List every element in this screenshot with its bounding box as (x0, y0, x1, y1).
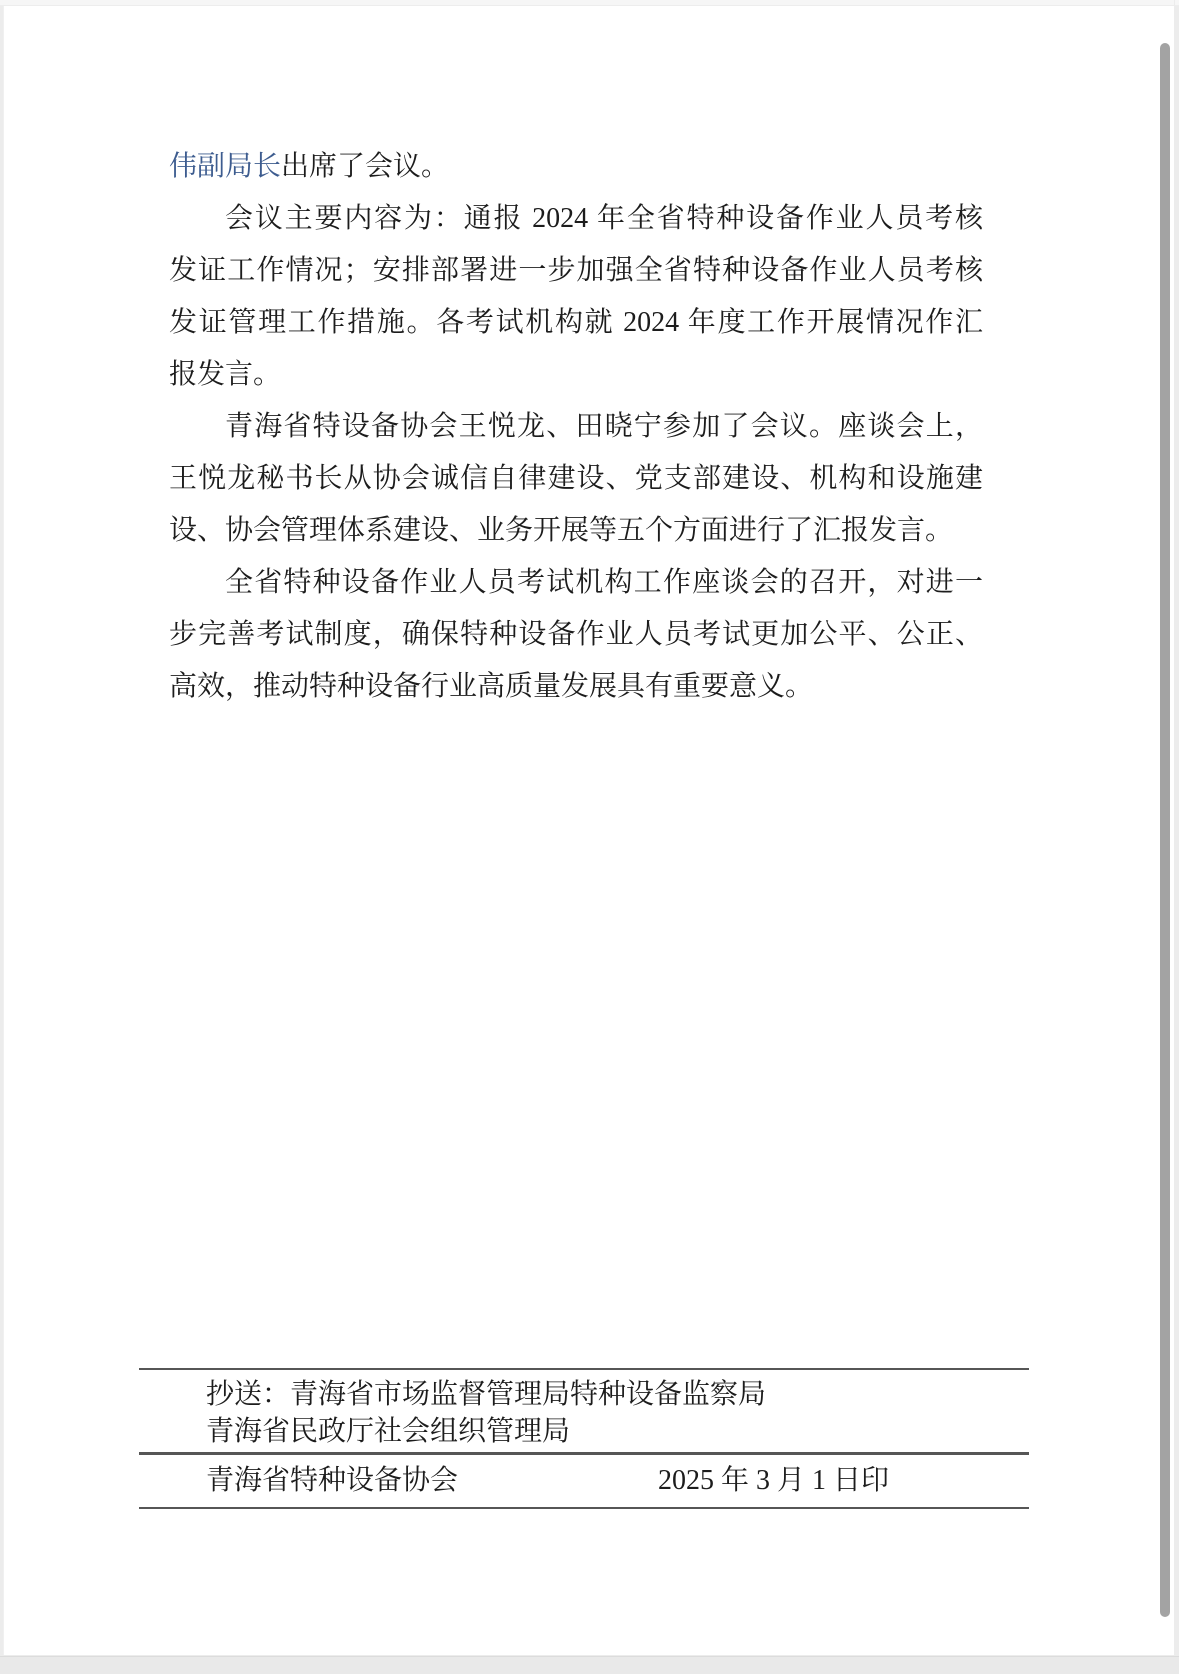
cc-line-2: 青海省民政厅社会组织管理局 (206, 1415, 570, 1449)
document-body: 伟副局长出席了会议。会议主要内容为：通报 2024 年全省特种设备作业人员考核发… (169, 141, 983, 713)
cc-line-1: 抄送：青海省市场监督管理局特种设备监察局 (206, 1378, 766, 1412)
footer-rule-bottom (139, 1507, 1029, 1509)
text-line: 全省特种设备作业人员考试机构工作座谈会的召开，对进一 (169, 557, 983, 609)
body-text-segment: 设、协会管理体系建设、业务开展等五个方面进行了汇报发言。 (169, 515, 953, 546)
footer-rule-middle (139, 1452, 1029, 1455)
print-date: 2025 年 3 月 1 日印 (658, 1464, 889, 1498)
text-line: 步完善考试制度，确保特种设备作业人员考试更加公平、公正、 (169, 609, 983, 661)
body-text-segment: 发证工作情况；安排部署进一步加强全省特种设备作业人员考核 (169, 255, 983, 286)
body-text-segment: 报发言。 (169, 359, 281, 390)
text-line: 发证工作情况；安排部署进一步加强全省特种设备作业人员考核 (169, 245, 983, 297)
text-line: 会议主要内容为：通报 2024 年全省特种设备作业人员考核 (169, 193, 983, 245)
text-line: 报发言。 (169, 349, 983, 401)
body-text-segment: 全省特种设备作业人员考试机构工作座谈会的召开，对进一 (225, 567, 983, 598)
body-text-segment: 出席了会议。 (281, 151, 449, 182)
scrollbar-thumb[interactable] (1160, 43, 1170, 1617)
text-line: 发证管理工作措施。各考试机构就 2024 年度工作开展情况作汇 (169, 297, 983, 349)
text-line: 高效，推动特种设备行业高质量发展具有重要意义。 (169, 661, 983, 713)
page-bottom-edge (0, 1656, 1179, 1674)
body-text-segment: 高效，推动特种设备行业高质量发展具有重要意义。 (169, 671, 813, 702)
scrollbar[interactable] (1157, 0, 1179, 1674)
text-line: 伟副局长出席了会议。 (169, 141, 983, 193)
document-page: 伟副局长出席了会议。会议主要内容为：通报 2024 年全省特种设备作业人员考核发… (3, 6, 1175, 1655)
document-viewport: 伟副局长出席了会议。会议主要内容为：通报 2024 年全省特种设备作业人员考核发… (0, 0, 1179, 1674)
body-text-segment: 会议主要内容为：通报 2024 年全省特种设备作业人员考核 (225, 203, 983, 234)
footer-rule-top (139, 1368, 1029, 1370)
body-text-segment: 步完善考试制度，确保特种设备作业人员考试更加公平、公正、 (169, 619, 983, 650)
body-text-segment: 发证管理工作措施。各考试机构就 2024 年度工作开展情况作汇 (169, 307, 983, 338)
text-line: 王悦龙秘书长从协会诚信自律建设、党支部建设、机构和设施建 (169, 453, 983, 505)
body-text-segment: 王悦龙秘书长从协会诚信自律建设、党支部建设、机构和设施建 (169, 463, 983, 494)
scrollbar-track (1174, 0, 1175, 1674)
text-line: 青海省特设备协会王悦龙、田晓宁参加了会议。座谈会上， (169, 401, 983, 453)
text-line: 设、协会管理体系建设、业务开展等五个方面进行了汇报发言。 (169, 505, 983, 557)
highlighted-name-text: 伟副局长 (169, 151, 281, 182)
body-text-segment: 青海省特设备协会王悦龙、田晓宁参加了会议。座谈会上， (225, 411, 983, 442)
issuer-name: 青海省特种设备协会 (206, 1464, 458, 1498)
